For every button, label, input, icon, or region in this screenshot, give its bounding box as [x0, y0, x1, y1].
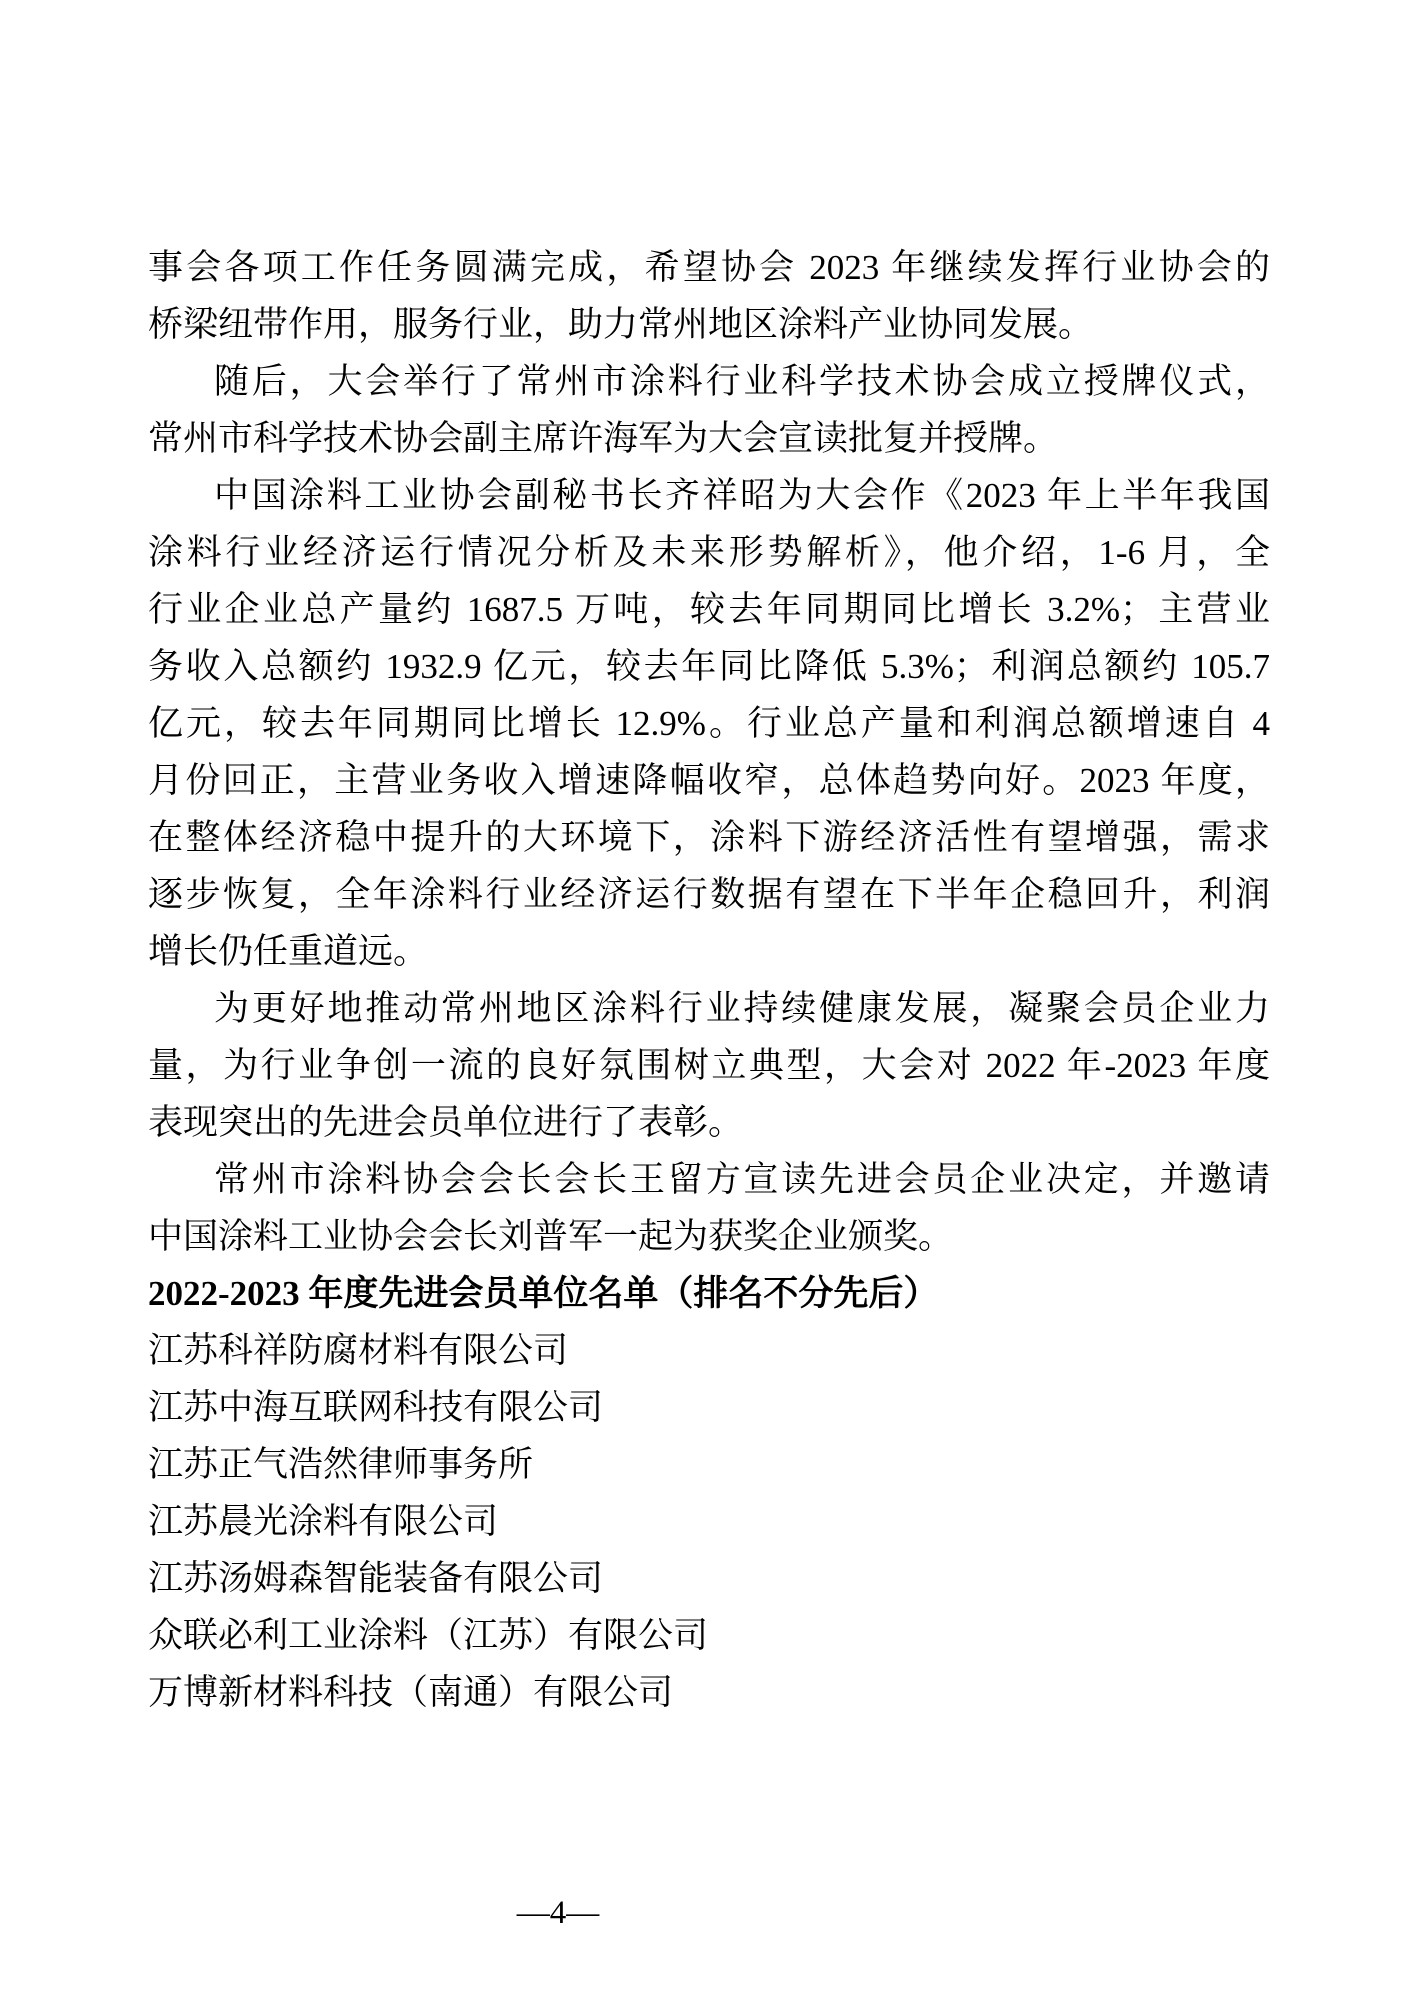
- body-text: 事会各项工作任务圆满完成，希望协会 2023 年继续发挥行业协会的桥梁纽带作用，…: [148, 239, 1270, 1721]
- text-line: 涂料行业经济运行情况分析及未来形势解析》，他介绍，1-6 月，全: [148, 524, 1270, 581]
- list-item: 万博新材料科技（南通）有限公司: [148, 1664, 1270, 1721]
- text-line: 表现突出的先进会员单位进行了表彰。: [148, 1094, 1270, 1151]
- text-line: 常州市涂料协会会长会长王留方宣读先进会员企业决定，并邀请: [148, 1151, 1270, 1208]
- list-item: 江苏汤姆森智能装备有限公司: [148, 1550, 1270, 1607]
- list-item: 江苏中海互联网科技有限公司: [148, 1379, 1270, 1436]
- text-line: 中国涂料工业协会会长刘普军一起为获奖企业颁奖。: [148, 1208, 1270, 1265]
- text-line: 逐步恢复，全年涂料行业经济运行数据有望在下半年企稳回升，利润: [148, 866, 1270, 923]
- page-number: —4—: [148, 1893, 968, 1933]
- document-page: 事会各项工作任务圆满完成，希望协会 2023 年继续发挥行业协会的桥梁纽带作用，…: [0, 0, 1415, 2000]
- text-line: 在整体经济稳中提升的大环境下，涂料下游经济活性有望增强，需求: [148, 809, 1270, 866]
- text-line: 量，为行业争创一流的良好氛围树立典型，大会对 2022 年-2023 年度: [148, 1037, 1270, 1094]
- text-line: 桥梁纽带作用，服务行业，助力常州地区涂料产业协同发展。: [148, 296, 1270, 353]
- list-item: 众联必利工业涂料（江苏）有限公司: [148, 1607, 1270, 1664]
- text-line: 为更好地推动常州地区涂料行业持续健康发展，凝聚会员企业力: [148, 980, 1270, 1037]
- award-list-heading: 2022-2023 年度先进会员单位名单（排名不分先后）: [148, 1265, 1270, 1322]
- text-line: 随后，大会举行了常州市涂料行业科学技术协会成立授牌仪式，: [148, 353, 1270, 410]
- text-line: 常州市科学技术协会副主席许海军为大会宣读批复并授牌。: [148, 410, 1270, 467]
- text-line: 行业企业总产量约 1687.5 万吨，较去年同期同比增长 3.2%；主营业: [148, 581, 1270, 638]
- text-line: 务收入总额约 1932.9 亿元，较去年同比降低 5.3%；利润总额约 105.…: [148, 638, 1270, 695]
- text-line: 中国涂料工业协会副秘书长齐祥昭为大会作《2023 年上半年我国: [148, 467, 1270, 524]
- text-line: 增长仍任重道远。: [148, 923, 1270, 980]
- text-line: 月份回正，主营业务收入增速降幅收窄，总体趋势向好。2023 年度，: [148, 752, 1270, 809]
- text-line: 亿元，较去年同期同比增长 12.9%。行业总产量和利润总额增速自 4: [148, 695, 1270, 752]
- list-item: 江苏科祥防腐材料有限公司: [148, 1322, 1270, 1379]
- text-line: 事会各项工作任务圆满完成，希望协会 2023 年继续发挥行业协会的: [148, 239, 1270, 296]
- list-item: 江苏正气浩然律师事务所: [148, 1436, 1270, 1493]
- list-item: 江苏晨光涂料有限公司: [148, 1493, 1270, 1550]
